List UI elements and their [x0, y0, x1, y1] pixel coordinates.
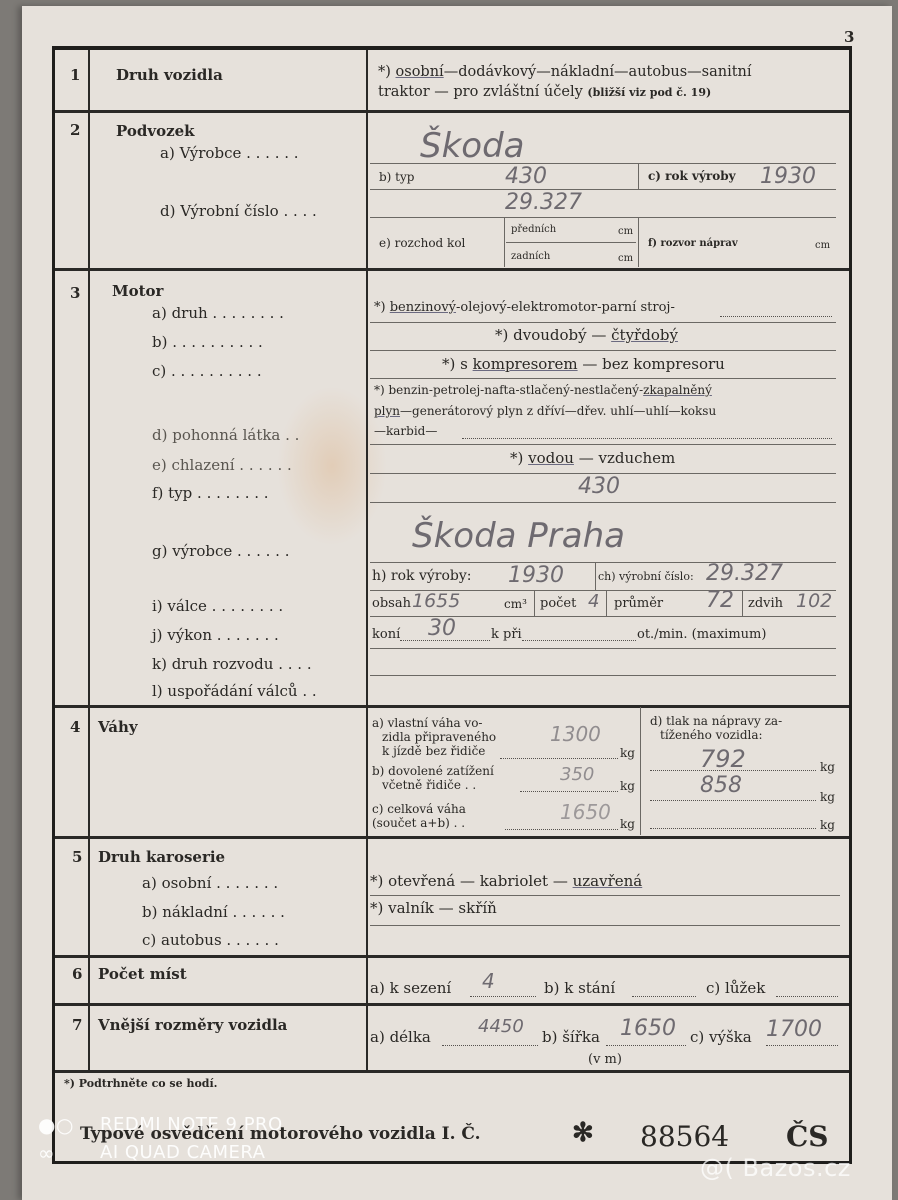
rule	[370, 189, 836, 190]
section-title-seats: Počet míst	[98, 965, 187, 983]
engine-stroke-options: *) dvoudobý — čtyřdobý	[495, 326, 678, 344]
fill-line	[505, 829, 618, 830]
rule	[370, 444, 836, 445]
selected-option: čtyřdobý	[611, 326, 678, 344]
divider	[638, 163, 639, 189]
gross-weight-label-2: (součet a+b) . .	[372, 816, 465, 830]
seating-label: a) k sezení	[370, 979, 451, 997]
divider	[534, 590, 535, 616]
camera-logo-icon: ●○	[38, 1113, 74, 1137]
chassis-manufacturer-value: Škoda	[420, 126, 525, 166]
engine-manufacturer-value: Škoda Praha	[412, 516, 625, 556]
rule	[370, 378, 836, 379]
selected-option: osobní	[396, 64, 444, 80]
rule	[370, 648, 836, 649]
fill-line	[720, 316, 832, 317]
engine-year-value: 1930	[508, 563, 564, 588]
cylinder-count-value: 4	[588, 591, 599, 612]
rpm-at-label: k při	[491, 627, 522, 642]
other-options: —generátorový plyn z dříví—dřev. uhlí—uh…	[400, 404, 716, 418]
fill-line	[650, 800, 816, 801]
engine-compressor-label: c) . . . . . . . . . .	[152, 362, 262, 380]
fill-line	[442, 1045, 538, 1046]
wheelbase-label: f) rozvor náprav	[648, 238, 738, 249]
other-options: *) s	[442, 355, 473, 373]
row-divider	[55, 1070, 849, 1073]
fill-line	[650, 770, 816, 771]
curb-weight-label-3: k jízdě bez řidiče	[382, 744, 485, 758]
axle-load-label-2: tíženého vozidla:	[660, 728, 763, 742]
asterisk: *)	[374, 300, 390, 315]
rule	[370, 675, 836, 676]
front-axle-load-value: 792	[700, 745, 746, 773]
height-label: c) výška	[690, 1028, 752, 1046]
displacement-unit: cm³	[504, 597, 527, 611]
other-options: —dodávkový—nákladní—autobus—sanitní	[444, 64, 752, 80]
fuel-options-line3: —karbid—	[374, 424, 437, 438]
star-icon: ✻	[572, 1118, 594, 1148]
fuel-options-line1: *) benzin-petrolej-nafta-stlačený-nestla…	[374, 383, 712, 397]
selected-option: kompresorem	[473, 355, 578, 373]
row-divider	[55, 705, 849, 708]
engine-type-label: f) typ . . . . . . . .	[152, 484, 269, 502]
selected-option: uzavřená	[573, 872, 643, 890]
displacement-value: 1655	[412, 590, 460, 612]
divider	[638, 217, 639, 267]
camera-watermark-line2: AI QUAD CAMERA	[100, 1142, 265, 1163]
chassis-year-label: c) rok výroby	[648, 169, 736, 183]
gross-weight-value: 1650	[560, 800, 611, 824]
selected-option: plyn	[374, 404, 400, 418]
cylinder-count-label: počet	[540, 596, 576, 611]
rule	[370, 895, 840, 896]
fill-line	[766, 1045, 838, 1046]
chassis-type-value: 430	[505, 164, 547, 189]
displacement-label: obsah	[372, 596, 411, 611]
body-bus-label: c) autobus . . . . . .	[142, 931, 279, 949]
rear-track-unit: cm	[618, 253, 633, 264]
country-mark: ČS	[786, 1120, 829, 1153]
chassis-year-value: 1930	[760, 164, 816, 189]
fill-line	[522, 640, 636, 641]
divider	[595, 562, 596, 590]
engine-manufacturer-label: g) výrobce . . . . . .	[152, 542, 289, 560]
section-title-chassis: Podvozek	[116, 122, 195, 140]
section-title-vehicle-type: Druh vozidla	[116, 66, 223, 84]
asterisk: *)	[378, 64, 396, 80]
section-number: 4	[70, 718, 80, 736]
label-column-divider	[366, 50, 368, 1070]
section-number: 5	[72, 848, 82, 866]
engine-serial-label: ch) výrobní číslo:	[598, 570, 694, 583]
payload-value: 350	[560, 764, 594, 785]
fill-line	[520, 791, 618, 792]
gross-weight-label-1: c) celková váha	[372, 802, 466, 816]
other-options: — bez kompresoru	[578, 355, 725, 373]
divider	[606, 590, 607, 616]
width-label: b) šířka	[542, 1028, 600, 1046]
other-options: — vzduchem	[574, 449, 675, 467]
row-divider	[55, 1003, 849, 1006]
vehicle-type-options: *) osobní—dodávkový—nákladní—autobus—san…	[378, 64, 752, 80]
engine-kind-label: a) druh . . . . . . . .	[152, 304, 284, 322]
payload-label-2: včetně řidiče . .	[382, 778, 476, 792]
payload-label-1: b) dovolené zatížení	[372, 764, 494, 778]
section-number: 2	[70, 121, 80, 139]
cooling-options: *) vodou — vzduchem	[510, 449, 675, 467]
fill-line	[500, 758, 618, 759]
selected-option: benzinový	[390, 300, 456, 315]
rule	[506, 242, 636, 243]
chassis-manufacturer-label: a) Výrobce . . . . . .	[160, 144, 299, 162]
other-options: -olejový-elektromotor-parní stroj-	[456, 300, 675, 315]
section-number: 7	[72, 1016, 82, 1034]
site-watermark: @( Bazos.cz	[700, 1154, 851, 1182]
bore-value: 72	[706, 588, 734, 613]
dimensions-unit-note: (v m)	[588, 1052, 622, 1067]
rear-track-label: zadních	[511, 251, 550, 262]
row-divider	[55, 955, 849, 958]
section-number: 3	[70, 284, 80, 302]
divider	[640, 707, 641, 835]
power-label: j) výkon . . . . . . .	[152, 626, 279, 644]
divider	[504, 217, 505, 267]
camera-watermark-line1: REDMI NOTE 9 PRO	[100, 1114, 283, 1135]
bore-label: průměr	[614, 596, 663, 611]
engine-stroke-label: b) . . . . . . . . . .	[152, 333, 263, 351]
rule	[370, 350, 836, 351]
selected-option: vodou	[528, 449, 574, 467]
total-axle-unit: kg	[820, 818, 835, 832]
engine-serial-value: 29.327	[706, 561, 783, 586]
axle-load-label-1: d) tlak na nápravy za-	[650, 714, 782, 728]
rear-axle-load-value: 858	[700, 773, 742, 798]
fuel-options-line2: plyn—generátorový plyn z dříví—dřev. uhl…	[374, 404, 716, 418]
section-title-body-type: Druh karoserie	[98, 848, 225, 866]
rule	[370, 322, 836, 323]
row-divider	[55, 110, 849, 113]
divider	[742, 590, 743, 616]
valve-train-label: k) druh rozvodu . . . .	[152, 655, 312, 673]
length-value: 4450	[478, 1016, 524, 1037]
cylinders-label: i) válce . . . . . . . .	[152, 597, 283, 615]
fill-line	[470, 996, 536, 997]
fuel-label: d) pohonná látka . .	[152, 426, 299, 444]
footnote: *) Podtrhněte co se hodí.	[64, 1077, 218, 1090]
curb-weight-unit: kg	[620, 746, 635, 760]
fill-line	[776, 996, 838, 997]
rear-axle-unit: kg	[820, 790, 835, 804]
section-number: 1	[70, 66, 80, 84]
beds-label: c) lůžek	[706, 979, 765, 997]
row-divider	[55, 836, 849, 839]
fill-line	[650, 828, 816, 829]
chassis-serial-value: 29.327	[505, 190, 582, 215]
front-track-label: předních	[511, 224, 556, 235]
camera-infinity-icon: ∞	[38, 1141, 55, 1165]
row-divider	[55, 268, 849, 271]
other-options: *) otevřená — kabriolet —	[370, 872, 573, 890]
body-truck-options: *) valník — skříň	[370, 899, 497, 917]
curb-weight-value: 1300	[550, 722, 601, 746]
certificate-number: 88564	[640, 1120, 729, 1153]
front-track-unit: cm	[618, 226, 633, 237]
number-column-divider	[88, 50, 90, 1070]
selected-option: zkapalněný	[643, 383, 712, 397]
section-number: 6	[72, 965, 82, 983]
body-passenger-options: *) otevřená — kabriolet — uzavřená	[370, 872, 642, 890]
curb-weight-label-1: a) vlastní váha vo-	[372, 716, 482, 730]
fill-line	[462, 438, 832, 439]
other-options: *) benzin-petrolej-nafta-stlačený-nestla…	[374, 383, 643, 397]
section-title-dimensions: Vnější rozměry vozidla	[98, 1016, 287, 1034]
stroke-value: 102	[796, 590, 832, 612]
options-text: traktor — pro zvláštní účely	[378, 84, 583, 100]
engine-compressor-options: *) s kompresorem — bez kompresoru	[442, 355, 725, 373]
length-label: a) délka	[370, 1028, 431, 1046]
width-value: 1650	[620, 1016, 676, 1041]
rule	[370, 925, 840, 926]
vehicle-type-options-line2: traktor — pro zvláštní účely (bližší viz…	[378, 84, 711, 100]
cooling-label: e) chlazení . . . . . .	[152, 456, 292, 474]
rpm-label: ot./min. (maximum)	[637, 627, 766, 642]
other-options: *) dvoudobý —	[495, 326, 611, 344]
gross-weight-unit: kg	[620, 817, 635, 831]
options-note: (bližší viz pod č. 19)	[587, 86, 711, 99]
vehicle-certificate-form: 1 Druh vozidla *) osobní—dodávkový—nákla…	[0, 0, 898, 1200]
fill-line	[606, 1045, 686, 1046]
horsepower-value: 30	[428, 616, 456, 641]
rule	[370, 217, 836, 218]
front-axle-unit: kg	[820, 760, 835, 774]
chassis-type-label: b) typ	[379, 170, 414, 184]
wheel-track-label: e) rozchod kol	[379, 236, 465, 250]
stroke-label: zdvih	[748, 596, 783, 611]
curb-weight-label-2: zidla připraveného	[382, 730, 496, 744]
section-title-weights: Váhy	[98, 718, 138, 736]
horsepower-label: koní	[372, 627, 400, 642]
engine-kind-options: *) benzinový-olejový-elektromotor-parní …	[374, 300, 675, 315]
fill-line	[632, 996, 696, 997]
engine-year-label: h) rok výroby:	[372, 568, 472, 584]
engine-type-value: 430	[578, 474, 620, 499]
seating-value: 4	[482, 969, 495, 993]
height-value: 1700	[766, 1017, 822, 1042]
standing-label: b) k stání	[544, 979, 615, 997]
body-passenger-label: a) osobní . . . . . . .	[142, 874, 278, 892]
payload-unit: kg	[620, 779, 635, 793]
chassis-serial-label: d) Výrobní číslo . . . .	[160, 202, 317, 220]
asterisk: *)	[510, 449, 528, 467]
body-truck-label: b) nákladní . . . . . .	[142, 903, 285, 921]
section-title-engine: Motor	[112, 282, 163, 300]
wheelbase-unit: cm	[815, 240, 830, 251]
cylinder-layout-label: l) uspořádání válců . .	[152, 682, 317, 700]
rule	[370, 502, 836, 503]
